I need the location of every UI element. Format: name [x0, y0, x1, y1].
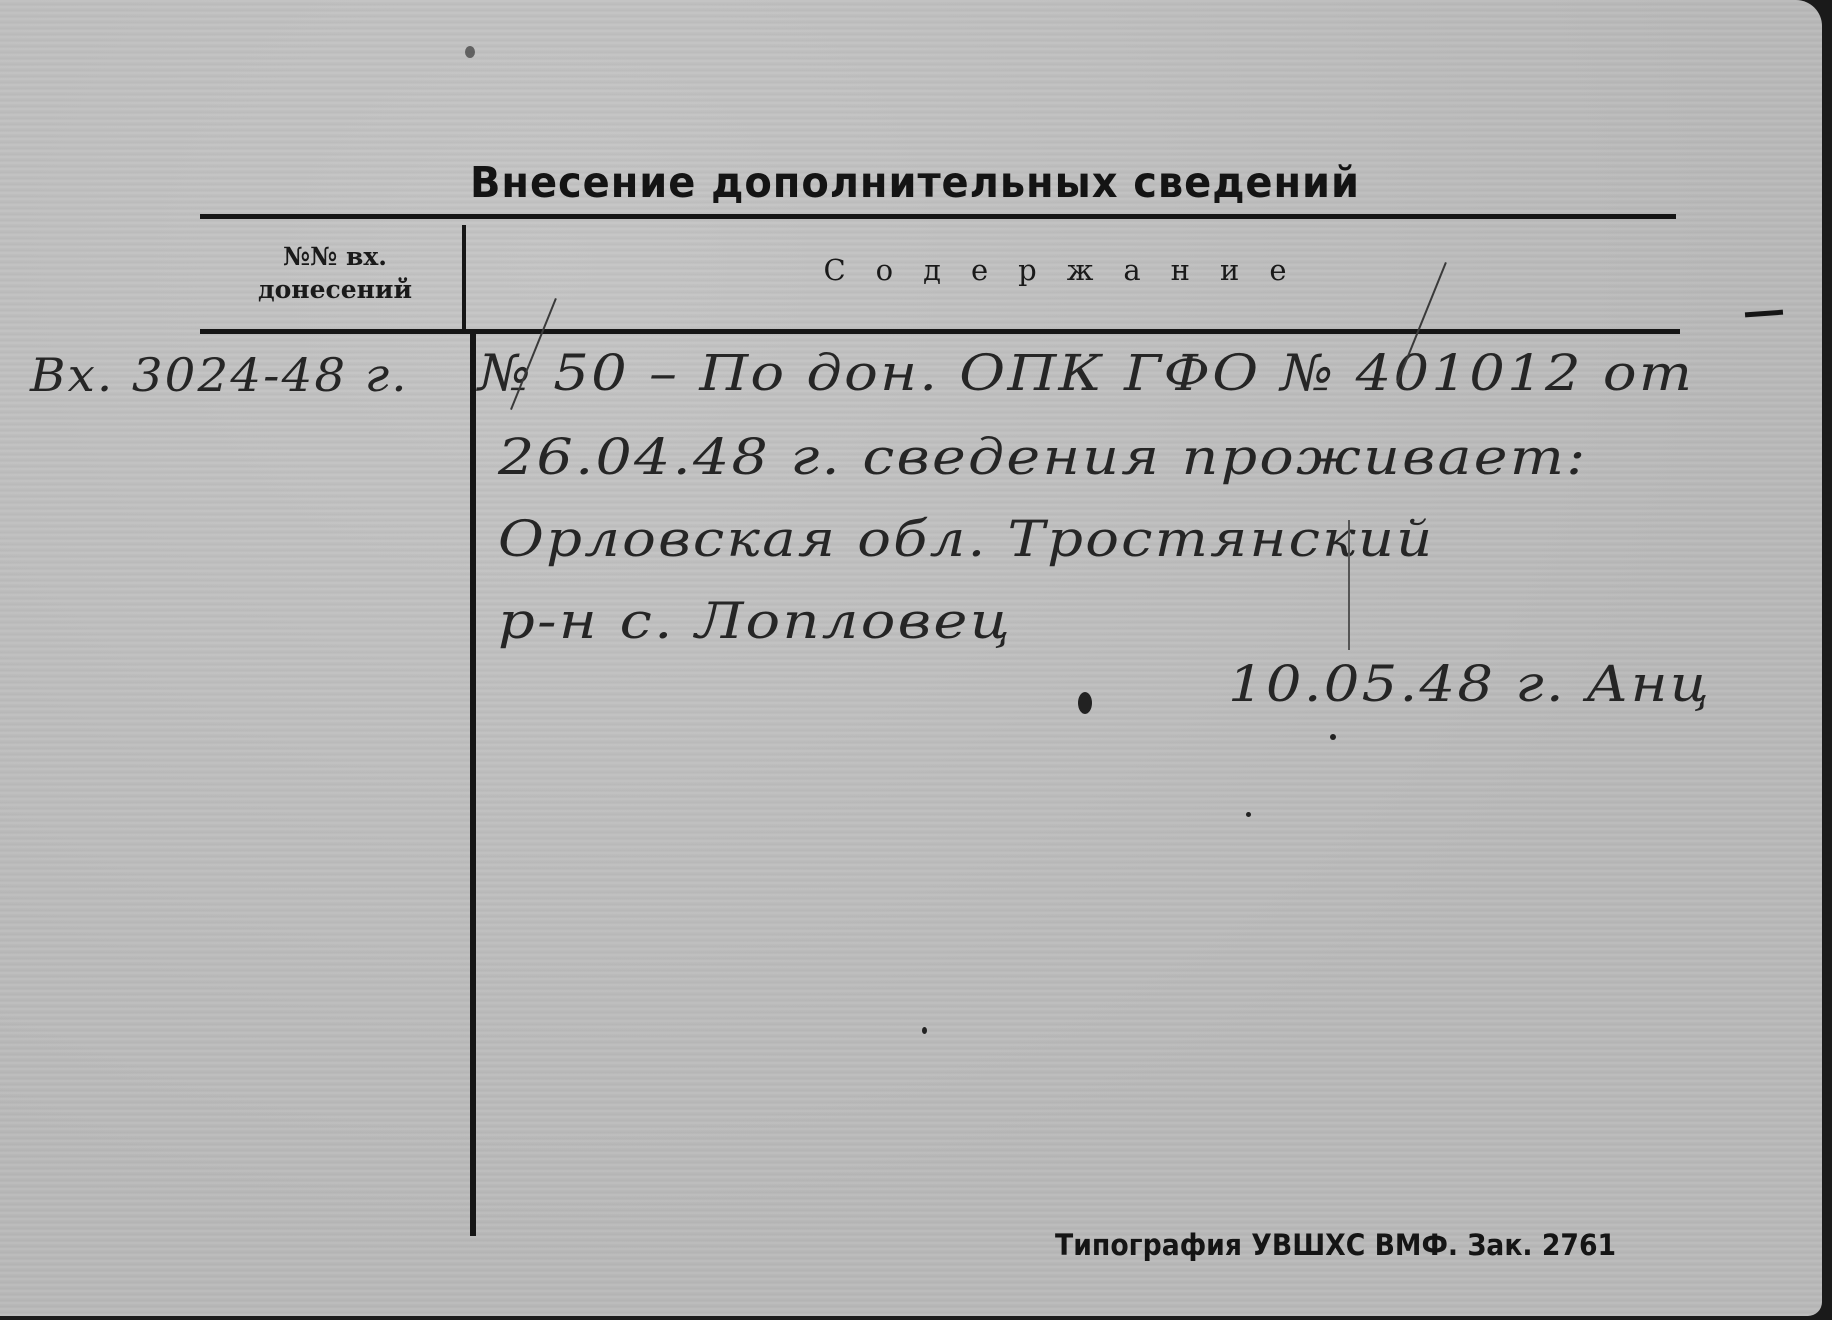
incoming-number-handwritten: Вх. 3024-48 г. [30, 348, 409, 402]
ink-speck [465, 46, 475, 58]
ink-speck [1078, 692, 1092, 714]
column-header-content: Содержание [790, 253, 1350, 287]
printer-imprint: Типография УВШХС ВМФ. Зак. 2761 [1055, 1228, 1616, 1262]
column-header-line-2: донесений [220, 273, 450, 306]
ink-speck [922, 1027, 927, 1034]
content-line-3-handwritten: Орловская обл. Тростянский [498, 510, 1434, 568]
column-header-line-1: №№ вх. [220, 240, 450, 273]
ink-speck [1330, 734, 1336, 740]
document-title: Внесение дополнительных сведений [470, 158, 1335, 208]
column-header-incoming-numbers: №№ вх. донесений [220, 240, 450, 306]
ink-speck [1246, 812, 1251, 817]
pencil-stroke-mark [1348, 520, 1350, 650]
content-line-1-handwritten: № 50 – По дон. ОПК ГФО № 401012 от [478, 344, 1694, 402]
body-column-divider [470, 334, 476, 1236]
margin-dash-mark [1745, 310, 1783, 318]
header-column-divider [462, 225, 466, 329]
content-line-4-handwritten: р-н с. Лопловец [498, 592, 1012, 650]
content-line-2-handwritten: 26.04.48 г. сведения проживает: [498, 428, 1588, 486]
header-top-rule [200, 214, 1676, 219]
archive-record-card: Внесение дополнительных сведений №№ вх. … [0, 0, 1822, 1316]
date-signature-handwritten: 10.05.48 г. Анц [1228, 655, 1711, 713]
header-bottom-rule [200, 329, 1680, 334]
